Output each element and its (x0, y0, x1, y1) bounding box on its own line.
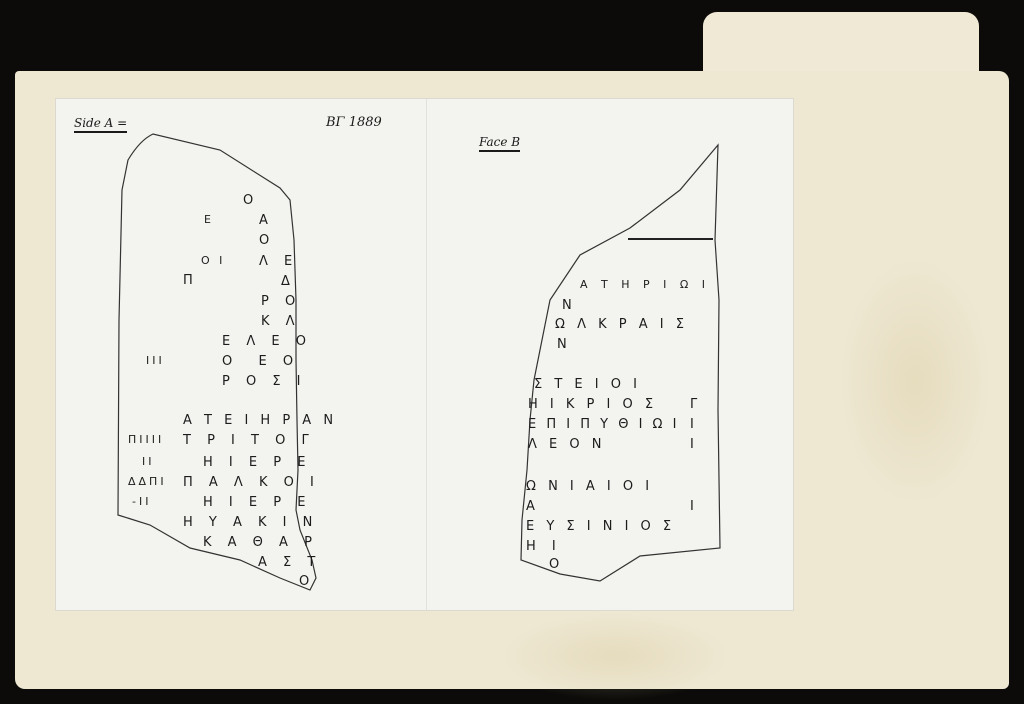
face-b-line: Ο (549, 558, 565, 571)
face-b-line: Σ Τ Ε Ι Ο Ι (534, 378, 641, 391)
face-b-line: Ε Υ Σ Ι Ν Ι Ο Σ (526, 520, 675, 533)
face-b-line: Ε Π Ι Π Υ Θ Ι Ω Ι (528, 418, 679, 431)
face-b-line: Ω Ν Ι Α Ι Ο Ι (526, 480, 653, 493)
face-b-line: Η Ι (526, 540, 562, 553)
fragment-outlines (0, 0, 1024, 704)
face-b-line: Ν (562, 299, 578, 312)
face-b-outline (521, 145, 720, 581)
side-a-numeral: -ΙΙ (132, 496, 151, 507)
side-a-line: Ο (243, 194, 259, 207)
side-a-numeral: ΙΙ (142, 456, 155, 467)
side-a-line: Ο (299, 575, 315, 588)
face-b-line: Λ Ε Ο Ν (528, 438, 605, 451)
face-b-line: Η Ι Κ Ρ Ι Ο Σ (528, 398, 657, 411)
side-a-line: Ο Ε Ο (222, 355, 299, 368)
face-b-line: Α (526, 500, 541, 513)
side-a-line: Ρ Ο Σ Ι (222, 375, 307, 388)
side-a-line: Ο (259, 234, 275, 247)
side-a-line: Α Σ Τ (258, 556, 321, 569)
side-a-line: Τ Ρ Ι Τ Ο Γ (183, 434, 315, 447)
side-a-numeral: ΠΙΙΙΙ (128, 434, 164, 445)
face-b-fee-mark: Γ (690, 398, 703, 411)
side-a-line: Ε Λ Ε Ο (222, 335, 312, 348)
side-a-line: Κ Λ (261, 315, 301, 328)
side-a-line: Δ (281, 275, 296, 288)
side-a-line: Ρ Ο (261, 295, 301, 308)
face-b-fee-mark: Ι (690, 500, 700, 513)
face-b-fee-mark: Ι (690, 418, 700, 431)
side-a-line: Κ Α Θ Α Ρ (203, 536, 318, 549)
side-a-line: Α (259, 214, 274, 227)
side-a-line: Π (183, 274, 199, 287)
side-a-line: Ο Ι (201, 255, 225, 266)
face-b-line: Ω Λ Κ Ρ Α Ι Σ (555, 318, 688, 331)
side-a-line: Ε (204, 214, 214, 225)
face-b-line: Ν (557, 338, 573, 351)
side-a-numeral: ΙΙΙ (146, 355, 165, 366)
face-b-line: Α Τ Η Ρ Ι Ω Ι (580, 279, 710, 290)
side-a-line: Π Α Λ Κ Ο Ι (183, 476, 320, 489)
side-a-line: Η Ι Ε Ρ Ε (203, 496, 311, 509)
face-b-fee-mark: Ι (690, 438, 700, 451)
side-a-line: Η Ι Ε Ρ Ε (203, 456, 311, 469)
side-a-line: Η Υ Α Κ Ι Ν (183, 516, 318, 529)
side-a-numeral: ΔΔΠΙ (128, 476, 167, 487)
side-a-line: Α Τ Ε Ι Η Ρ Α Ν (183, 414, 337, 427)
side-a-line: Λ Ε (259, 255, 298, 268)
